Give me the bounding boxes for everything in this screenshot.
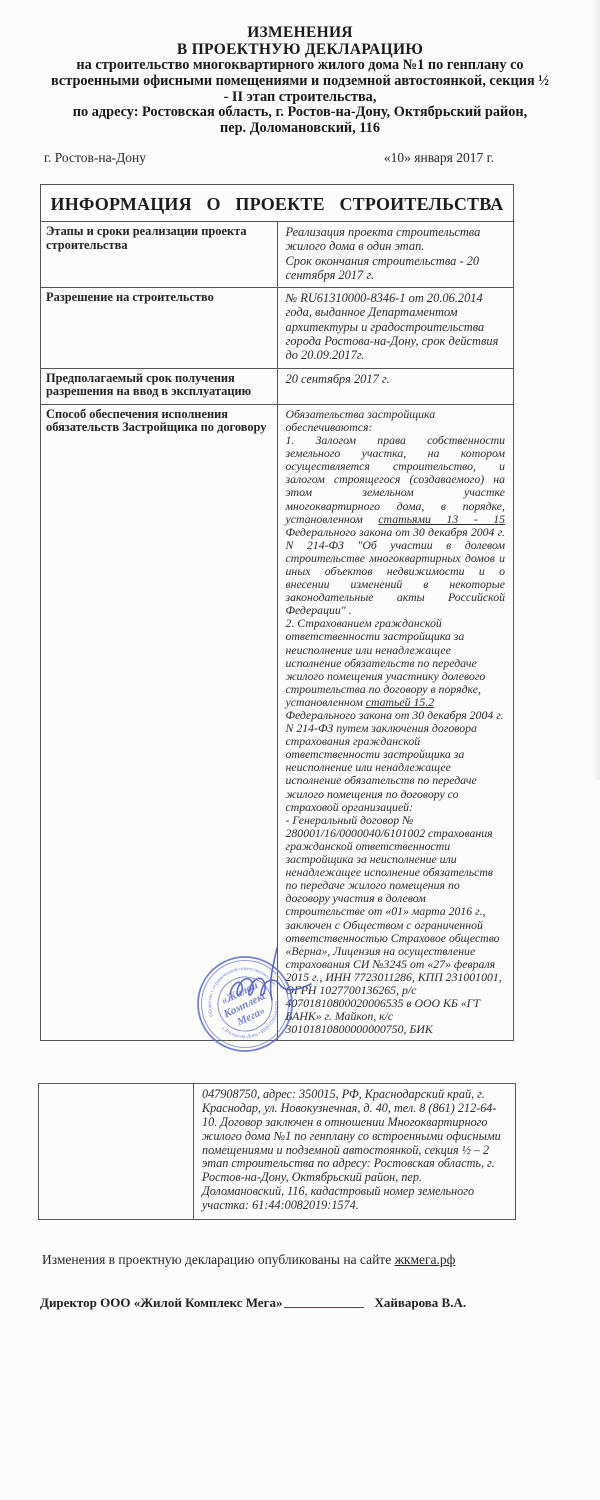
date-label: «10» января 2017 г. [384, 150, 494, 166]
handwritten-signature [230, 948, 311, 1000]
signature-line [284, 1294, 364, 1308]
obligations-clause-2: 2. Страхованием гражданской ответственно… [286, 617, 506, 813]
row-label-commissioning: Предполагаемый срок получения разрешения… [41, 368, 278, 404]
table-title-row: ИНФОРМАЦИЯ О ПРОЕКТЕ СТРОИТЕЛЬСТВА [41, 184, 514, 221]
row-value-stages-line-1: Реализация проекта строительства жилого … [286, 225, 506, 254]
header-subtitle-line-5: пер. Доломановский, 116 [0, 121, 600, 137]
continuation-empty-cell [39, 1084, 194, 1219]
header-subtitle-line-2: встроенными офисными помещениями и подзе… [0, 74, 600, 90]
director-label: Директор ООО «Жилой Комплекс Мега» [40, 1295, 282, 1311]
scanned-document-page: ИЗМЕНЕНИЯ В ПРОЕКТНУЮ ДЕКЛАРАЦИЮ на стро… [0, 0, 600, 1500]
city-label: г. Ростов-на-Дону [44, 150, 146, 166]
company-seal-stamp: Общество с ограниченной ответственностью… [178, 938, 410, 1080]
row-value-stages-line-2: Срок окончания строительства - 20 сентяб… [286, 254, 506, 283]
seal-group: Общество с ограниченной ответственностью… [182, 941, 308, 1067]
header-subtitle-line-4: по адресу: Ростовская область, г. Ростов… [0, 105, 600, 121]
table-row-permit: Разрешение на строительство № RU61310000… [41, 288, 514, 368]
project-info-table: ИНФОРМАЦИЯ О ПРОЕКТЕ СТРОИТЕЛЬСТВА Этапы… [40, 184, 514, 1041]
table-row-stages: Этапы и сроки реализации проекта строите… [41, 221, 514, 287]
city-date-row: г. Ростов-на-Дону «10» января 2017 г. [0, 150, 600, 166]
row-label-permit: Разрешение на строительство [41, 288, 278, 368]
header-title-line-1: ИЗМЕНЕНИЯ [0, 24, 600, 41]
director-name: Хайварова В.А. [374, 1295, 466, 1311]
header-subtitle-line-3: - II этап строительства, [0, 90, 600, 106]
continuation-value: 047908750, адрес: 350015, РФ, Краснодарс… [194, 1084, 516, 1219]
row-label-stages: Этапы и сроки реализации проекта строите… [41, 221, 278, 287]
obligations-clause-1: 1. Залогом права собственности земельног… [286, 434, 506, 617]
seal-center-text: «Жилой Комплекс Мега» [215, 978, 274, 1033]
row-value-stages: Реализация проекта строительства жилого … [277, 221, 514, 287]
table-row-commissioning: Предполагаемый срок получения разрешения… [41, 368, 514, 404]
continuation-row: 047908750, адрес: 350015, РФ, Краснодарс… [39, 1084, 516, 1219]
row-value-commissioning: 20 сентября 2017 г. [277, 368, 514, 404]
seal-and-signature-area: Общество с ограниченной ответственностью… [178, 938, 410, 1080]
header-subtitle-line-1: на строительство многоквартирного жилого… [0, 58, 600, 74]
obligations-intro: Обязательства застройщика обеспечиваются… [286, 408, 506, 434]
row-value-permit: № RU61310000-8346-1 от 20.06.2014 года, … [277, 288, 514, 368]
published-note: Изменения в проектную декларацию опублик… [42, 1252, 600, 1268]
document-header: ИЗМЕНЕНИЯ В ПРОЕКТНУЮ ДЕКЛАРАЦИЮ на стро… [0, 0, 600, 137]
continuation-table: 047908750, адрес: 350015, РФ, Краснодарс… [38, 1083, 516, 1219]
header-title-line-2: В ПРОЕКТНУЮ ДЕКЛАРАЦИЮ [0, 41, 600, 58]
table-title: ИНФОРМАЦИЯ О ПРОЕКТЕ СТРОИТЕЛЬСТВА [41, 184, 514, 221]
signature-row: Директор ООО «Жилой Комплекс Мега» Хайва… [40, 1294, 600, 1311]
